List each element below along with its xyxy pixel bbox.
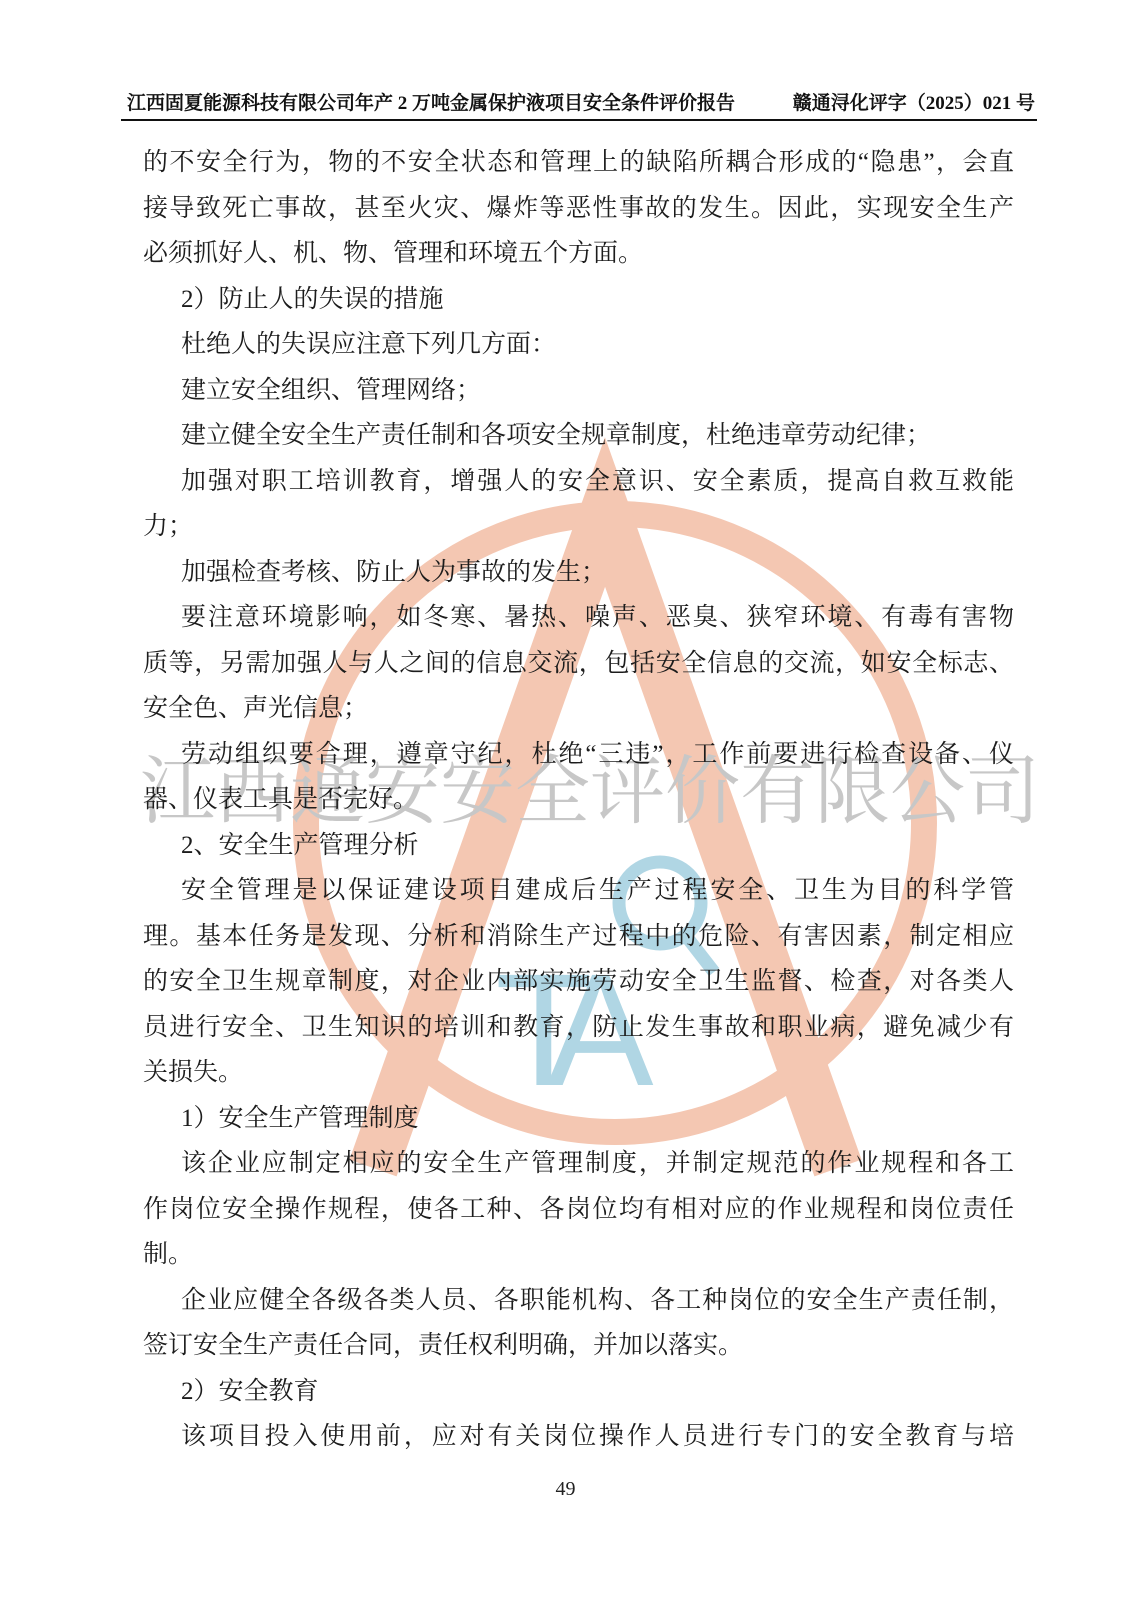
page-footer: 49	[0, 1478, 1131, 1501]
text-line: 该企业应制定相应的安全生产管理制度，并制定规范的作业规程和各工	[143, 1141, 1014, 1187]
text-line: 建立安全组织、管理网络；	[143, 368, 1014, 414]
text-line: 建立健全安全生产责任制和各项安全规章制度，杜绝违章劳动纪律；	[143, 413, 1014, 459]
paragraph: 安全管理是以保证建设项目建成后生产过程安全、卫生为目的科学管理。基本任务是发现、…	[143, 868, 1014, 1096]
page-number: 49	[556, 1478, 576, 1500]
text-line: 2、安全生产管理分析	[143, 823, 1014, 869]
page-header: 江西固夏能源科技有限公司年产 2 万吨金属保护液项目安全条件评价报告 赣通浔化评…	[121, 88, 1037, 121]
text-line: 企业应健全各级各类人员、各职能机构、各工种岗位的安全生产责任制，	[143, 1278, 1014, 1324]
text-line: 签订安全生产责任合同，责任权利明确，并加以落实。	[143, 1323, 1014, 1369]
text-line: 制。	[143, 1232, 1014, 1278]
paragraph: 加强对职工培训教育，增强人的安全意识、安全素质，提高自救互救能力；	[143, 459, 1014, 550]
text-line: 必须抓好人、机、物、管理和环境五个方面。	[143, 231, 1014, 277]
paragraph: 杜绝人的失误应注意下列几方面：	[143, 322, 1014, 368]
paragraph: 建立健全安全生产责任制和各项安全规章制度，杜绝违章劳动纪律；	[143, 413, 1014, 459]
header-report-title: 江西固夏能源科技有限公司年产 2 万吨金属保护液项目安全条件评价报告	[127, 88, 735, 115]
text-line: 安全管理是以保证建设项目建成后生产过程安全、卫生为目的科学管	[143, 868, 1014, 914]
text-line: 杜绝人的失误应注意下列几方面：	[143, 322, 1014, 368]
text-line: 2）安全教育	[143, 1369, 1014, 1415]
header-document-number: 赣通浔化评字（2025）021 号	[793, 88, 1035, 115]
text-line: 接导致死亡事故，甚至火灾、爆炸等恶性事故的发生。因此，实现安全生产	[143, 186, 1014, 232]
text-line: 器、仪表工具是否完好。	[143, 777, 1014, 823]
text-line: 理。基本任务是发现、分析和消除生产过程中的危险、有害因素，制定相应	[143, 914, 1014, 960]
text-line: 加强对职工培训教育，增强人的安全意识、安全素质，提高自救互救能	[143, 459, 1014, 505]
text-line: 的不安全行为，物的不安全状态和管理上的缺陷所耦合形成的“隐患”，会直	[143, 140, 1014, 186]
text-line: 1）安全生产管理制度	[143, 1096, 1014, 1142]
text-line: 质等，另需加强人与人之间的信息交流，包括安全信息的交流，如安全标志、	[143, 641, 1014, 687]
paragraph: 的不安全行为，物的不安全状态和管理上的缺陷所耦合形成的“隐患”，会直接导致死亡事…	[143, 140, 1014, 277]
paragraph: 该项目投入使用前，应对有关岗位操作人员进行专门的安全教育与培	[143, 1414, 1014, 1460]
text-line: 力；	[143, 504, 1014, 550]
text-line: 关损失。	[143, 1050, 1014, 1096]
document-body: 的不安全行为，物的不安全状态和管理上的缺陷所耦合形成的“隐患”，会直接导致死亡事…	[143, 140, 1014, 1460]
paragraph: 2）安全教育	[143, 1369, 1014, 1415]
text-line: 安全色、声光信息；	[143, 686, 1014, 732]
paragraph: 2、安全生产管理分析	[143, 823, 1014, 869]
paragraph: 2）防止人的失误的措施	[143, 277, 1014, 323]
paragraph: 劳动组织要合理，遵章守纪，杜绝“三违”，工作前要进行检查设备、仪器、仪表工具是否…	[143, 732, 1014, 823]
text-line: 员进行安全、卫生知识的培训和教育，防止发生事故和职业病，避免减少有	[143, 1005, 1014, 1051]
text-line: 要注意环境影响，如冬寒、暑热、噪声、恶臭、狭窄环境、有毒有害物	[143, 595, 1014, 641]
paragraph: 建立安全组织、管理网络；	[143, 368, 1014, 414]
text-line: 劳动组织要合理，遵章守纪，杜绝“三违”，工作前要进行检查设备、仪	[143, 732, 1014, 778]
text-line: 作岗位安全操作规程，使各工种、各岗位均有相对应的作业规程和岗位责任	[143, 1187, 1014, 1233]
paragraph: 加强检查考核、防止人为事故的发生；	[143, 550, 1014, 596]
paragraph: 该企业应制定相应的安全生产管理制度，并制定规范的作业规程和各工作岗位安全操作规程…	[143, 1141, 1014, 1278]
text-line: 加强检查考核、防止人为事故的发生；	[143, 550, 1014, 596]
paragraph: 要注意环境影响，如冬寒、暑热、噪声、恶臭、狭窄环境、有毒有害物质等，另需加强人与…	[143, 595, 1014, 732]
text-line: 该项目投入使用前，应对有关岗位操作人员进行专门的安全教育与培	[143, 1414, 1014, 1460]
paragraph: 1）安全生产管理制度	[143, 1096, 1014, 1142]
paragraph: 企业应健全各级各类人员、各职能机构、各工种岗位的安全生产责任制，签订安全生产责任…	[143, 1278, 1014, 1369]
text-line: 2）防止人的失误的措施	[143, 277, 1014, 323]
report-page: TA 江西通安安全评价有限公司 江西固夏能源科技有限公司年产 2 万吨金属保护液…	[0, 0, 1131, 1600]
text-line: 的安全卫生规章制度，对企业内部实施劳动安全卫生监督、检查，对各类人	[143, 959, 1014, 1005]
